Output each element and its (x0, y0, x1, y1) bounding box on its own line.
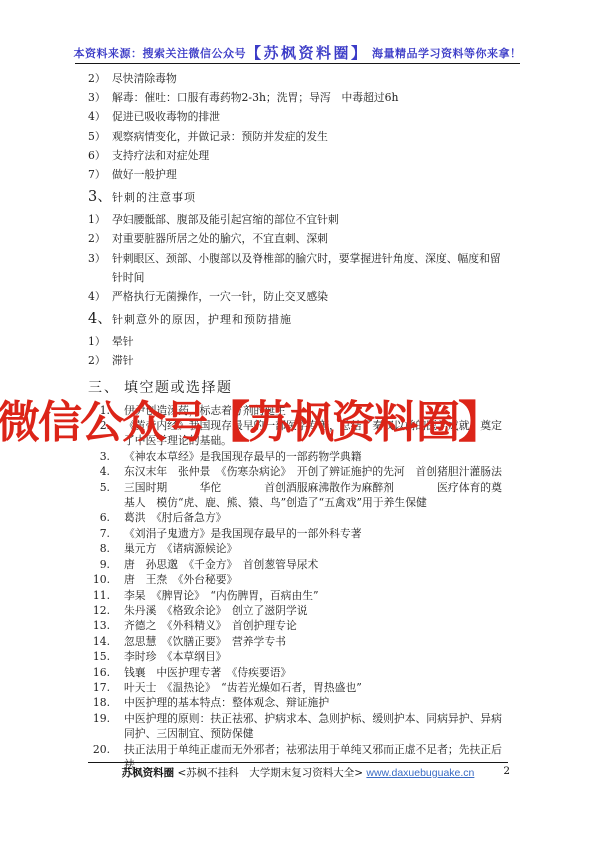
section-heading: 3、针刺的注意事项 (88, 189, 508, 206)
list-item-number: 10. (88, 572, 124, 587)
section-heading-number: 三、 (88, 378, 124, 398)
document-body: 2）尽快清除毒物3）解毒：催吐：口服有毒药物2-3h；洗胃；导泻 中毒超过6h4… (88, 69, 508, 772)
list-item-text: 忽思慧 《饮膳正要》 营养学专书 (124, 634, 508, 649)
section-heading-text: 针刺意外的原因，护理和预防措施 (112, 311, 292, 328)
list-item-text: 促进已吸收毒物的排泄 (112, 107, 508, 126)
list-item-text: 观察病情变化，并做记录：预防并发症的发生 (112, 127, 508, 146)
list-item-text: 《刘涓子鬼遗方》是我国现存最早的一部外科专著 (124, 526, 508, 541)
footer: 苏枫资料圈 <苏枫不挂科 大学期末复习资料大全> www.daxuebuguak… (88, 765, 508, 780)
list-item-text: 钱襄 中医护理专著 《侍疾要语》 (124, 665, 508, 680)
list-item: 6.葛洪 《肘后备急方》 (88, 510, 508, 525)
list-item-number: 19. (88, 711, 124, 742)
list-item: 15.李时珍 《本草纲目》 (88, 649, 508, 664)
list-item-number: 14. (88, 634, 124, 649)
list-item-text: 伊尹创造汤药，标志着方剂的诞生 (124, 403, 508, 418)
section-heading-number: 4、 (88, 311, 112, 328)
list-item-number: 5. (88, 480, 124, 511)
list-item-text: 支持疗法和对症处理 (112, 146, 508, 165)
list-item-text: 巢元方 《诸病源候论》 (124, 541, 508, 556)
section-heading-number: 3、 (88, 189, 112, 206)
list-item-number: 4） (88, 107, 112, 126)
list-item: 12.朱丹溪 《格致余论》 创立了滋阴学说 (88, 603, 508, 618)
list-item: 13.齐德之 《外科精义》 首创护理专论 (88, 618, 508, 633)
list-item-text: 滞针 (112, 351, 508, 370)
list-item-number: 2. (88, 418, 124, 449)
list-item: 1.伊尹创造汤药，标志着方剂的诞生 (88, 403, 508, 418)
list-item-number: 7. (88, 526, 124, 541)
list-item: 7.《刘涓子鬼遗方》是我国现存最早的一部外科专著 (88, 526, 508, 541)
list-item-text: 叶天士 《温热论》 “齿若光燥如石者，胃热盛也” (124, 680, 508, 695)
ordered-list: 1.伊尹创造汤药，标志着方剂的诞生2.《黄帝内经》我国现存最早的一部医学专著，总… (88, 403, 508, 773)
list-item: 5.三国时期 华佗 首创酒服麻沸散作为麻醉剂 医疗体育的奠基人 模仿“虎、鹿、熊… (88, 480, 508, 511)
list-item-text: 葛洪 《肘后备急方》 (124, 510, 508, 525)
list-item-number: 3. (88, 449, 124, 464)
list-item: 18.中医护理的基本特点：整体观念、辩证施护 (88, 695, 508, 710)
list-item: 19.中医护理的原则：扶正祛邪、护病求本、急则护标、缓则护本、同病异护、异病同护… (88, 711, 508, 742)
list-item-text: 严格执行无菌操作，一穴一针，防止交叉感染 (112, 287, 508, 306)
list-item-number: 5） (88, 127, 112, 146)
list-item-text: 做好一般护理 (112, 165, 508, 184)
list-item-text: 唐 王焘 《外台秘要》 (124, 572, 508, 587)
list-item-number: 9. (88, 557, 124, 572)
list-item-text: 李时珍 《本草纲目》 (124, 649, 508, 664)
header-divider (75, 63, 520, 64)
list-item-text: 解毒：催吐：口服有毒药物2-3h；洗胃；导泻 中毒超过6h (112, 88, 508, 107)
list-item: 2）滞针 (88, 351, 508, 370)
page-number: 2 (496, 765, 510, 777)
list-item: 17.叶天士 《温热论》 “齿若光燥如石者，胃热盛也” (88, 680, 508, 695)
list-item: 4）促进已吸收毒物的排泄 (88, 107, 508, 126)
list-item: 2.《黄帝内经》我国现存最早的一部医学专著，总结了秦汉以前的医学成就，奠定了中医… (88, 418, 508, 449)
section-heading-text: 填空题或选择题 (124, 378, 233, 398)
list-item: 7）做好一般护理 (88, 165, 508, 184)
list-item: 11.李杲 《脾胃论》 “内伤脾胃，百病由生” (88, 588, 508, 603)
list-item-text: 李杲 《脾胃论》 “内伤脾胃，百病由生” (124, 588, 508, 603)
list-item-number: 2） (88, 229, 112, 248)
list-item-number: 6. (88, 510, 124, 525)
list-item-number: 8. (88, 541, 124, 556)
list-item: 6）支持疗法和对症处理 (88, 146, 508, 165)
list-item-text: 齐德之 《外科精义》 首创护理专论 (124, 618, 508, 633)
list-item-number: 13. (88, 618, 124, 633)
list-item-text: 针刺眼区、颈部、小腹部以及脊椎部的腧穴时，要掌握进针角度、深度、幅度和留针时间 (112, 249, 508, 287)
section-heading: 4、针刺意外的原因，护理和预防措施 (88, 311, 508, 328)
list-item-text: 晕针 (112, 332, 508, 351)
list-item-text: 《黄帝内经》我国现存最早的一部医学专著，总结了秦汉以前的医学成就，奠定了中医学理… (124, 418, 508, 449)
list-item-text: 对重要脏器所居之处的腧穴，不宜直刺、深刺 (112, 229, 508, 248)
list-item: 3）针刺眼区、颈部、小腹部以及脊椎部的腧穴时，要掌握进针角度、深度、幅度和留针时… (88, 249, 508, 287)
list-item: 2）尽快清除毒物 (88, 69, 508, 88)
list-item-text: 朱丹溪 《格致余论》 创立了滋阴学说 (124, 603, 508, 618)
paren-list: 2）尽快清除毒物3）解毒：催吐：口服有毒药物2-3h；洗胃；导泻 中毒超过6h4… (88, 69, 508, 184)
list-item-number: 1） (88, 332, 112, 351)
list-item-number: 6） (88, 146, 112, 165)
footer-subtitle: <苏枫不挂科 大学期末复习资料大全> (174, 767, 366, 779)
list-item-text: 《神农本草经》是我国现存最早的一部药物学典籍 (124, 449, 508, 464)
list-item-number: 1） (88, 210, 112, 229)
list-item-number: 3） (88, 88, 112, 107)
paren-list: 1）孕妇腰骶部、腹部及能引起宫缩的部位不宜针刺2）对重要脏器所居之处的腧穴，不宜… (88, 210, 508, 306)
list-item-number: 18. (88, 695, 124, 710)
footer-link[interactable]: www.daxuebuguake.cn (366, 767, 474, 779)
list-item: 9.唐 孙思邈 《千金方》 首创葱管导尿术 (88, 557, 508, 572)
banner-prefix-text: 本资料来源：搜索关注微信公众号 (73, 48, 246, 60)
list-item-number: 2） (88, 351, 112, 370)
list-item: 2）对重要脏器所居之处的腧穴，不宜直刺、深刺 (88, 229, 508, 248)
section-heading: 三、填空题或选择题 (88, 378, 508, 398)
list-item-number: 7） (88, 165, 112, 184)
list-item-number: 16. (88, 665, 124, 680)
list-item-text: 三国时期 华佗 首创酒服麻沸散作为麻醉剂 医疗体育的奠基人 模仿“虎、鹿、熊、猿… (124, 480, 508, 511)
list-item: 10.唐 王焘 《外台秘要》 (88, 572, 508, 587)
paren-list: 1）晕针2）滞针 (88, 332, 508, 370)
list-item-number: 11. (88, 588, 124, 603)
list-item: 1）孕妇腰骶部、腹部及能引起宫缩的部位不宜针刺 (88, 210, 508, 229)
section-heading-text: 针刺的注意事项 (112, 189, 196, 206)
list-item: 3.《神农本草经》是我国现存最早的一部药物学典籍 (88, 449, 508, 464)
list-item-number: 15. (88, 649, 124, 664)
list-item-number: 17. (88, 680, 124, 695)
list-item-number: 1. (88, 403, 124, 418)
list-item: 8.巢元方 《诸病源候论》 (88, 541, 508, 556)
list-item-text: 中医护理的原则：扶正祛邪、护病求本、急则护标、缓则护本、同病异护、异病同护、三因… (124, 711, 508, 742)
list-item-text: 孕妇腰骶部、腹部及能引起宫缩的部位不宜针刺 (112, 210, 508, 229)
footer-brand: 苏枫资料圈 (122, 767, 175, 779)
list-item: 16.钱襄 中医护理专著 《侍疾要语》 (88, 665, 508, 680)
list-item-text: 东汉末年 张仲景 《伤寒杂病论》 开创了辨证施护的先河 首创猪胆汁灌肠法 (124, 464, 508, 479)
list-item: 5）观察病情变化，并做记录：预防并发症的发生 (88, 127, 508, 146)
list-item-number: 4. (88, 464, 124, 479)
list-item: 3）解毒：催吐：口服有毒药物2-3h；洗胃；导泻 中毒超过6h (88, 88, 508, 107)
list-item-text: 中医护理的基本特点：整体观念、辩证施护 (124, 695, 508, 710)
list-item-number: 2） (88, 69, 112, 88)
banner-brand-text: 【苏枫资料圈】 (246, 44, 369, 62)
list-item-text: 尽快清除毒物 (112, 69, 508, 88)
banner-suffix-text: 海量精品学习资料等你来拿！ (368, 48, 521, 60)
list-item-text: 唐 孙思邈 《千金方》 首创葱管导尿术 (124, 557, 508, 572)
list-item: 4）严格执行无菌操作，一穴一针，防止交叉感染 (88, 287, 508, 306)
source-banner: 本资料来源：搜索关注微信公众号【苏枫资料圈】 海量精品学习资料等你来拿！ (0, 42, 595, 63)
list-item: 14.忽思慧 《饮膳正要》 营养学专书 (88, 634, 508, 649)
list-item-number: 3） (88, 249, 112, 287)
list-item-number: 12. (88, 603, 124, 618)
list-item-number: 4） (88, 287, 112, 306)
list-item: 4.东汉末年 张仲景 《伤寒杂病论》 开创了辨证施护的先河 首创猪胆汁灌肠法 (88, 464, 508, 479)
page: 本资料来源：搜索关注微信公众号【苏枫资料圈】 海量精品学习资料等你来拿！ 2）尽… (0, 0, 595, 841)
list-item: 1）晕针 (88, 332, 508, 351)
footer-divider (88, 762, 508, 763)
